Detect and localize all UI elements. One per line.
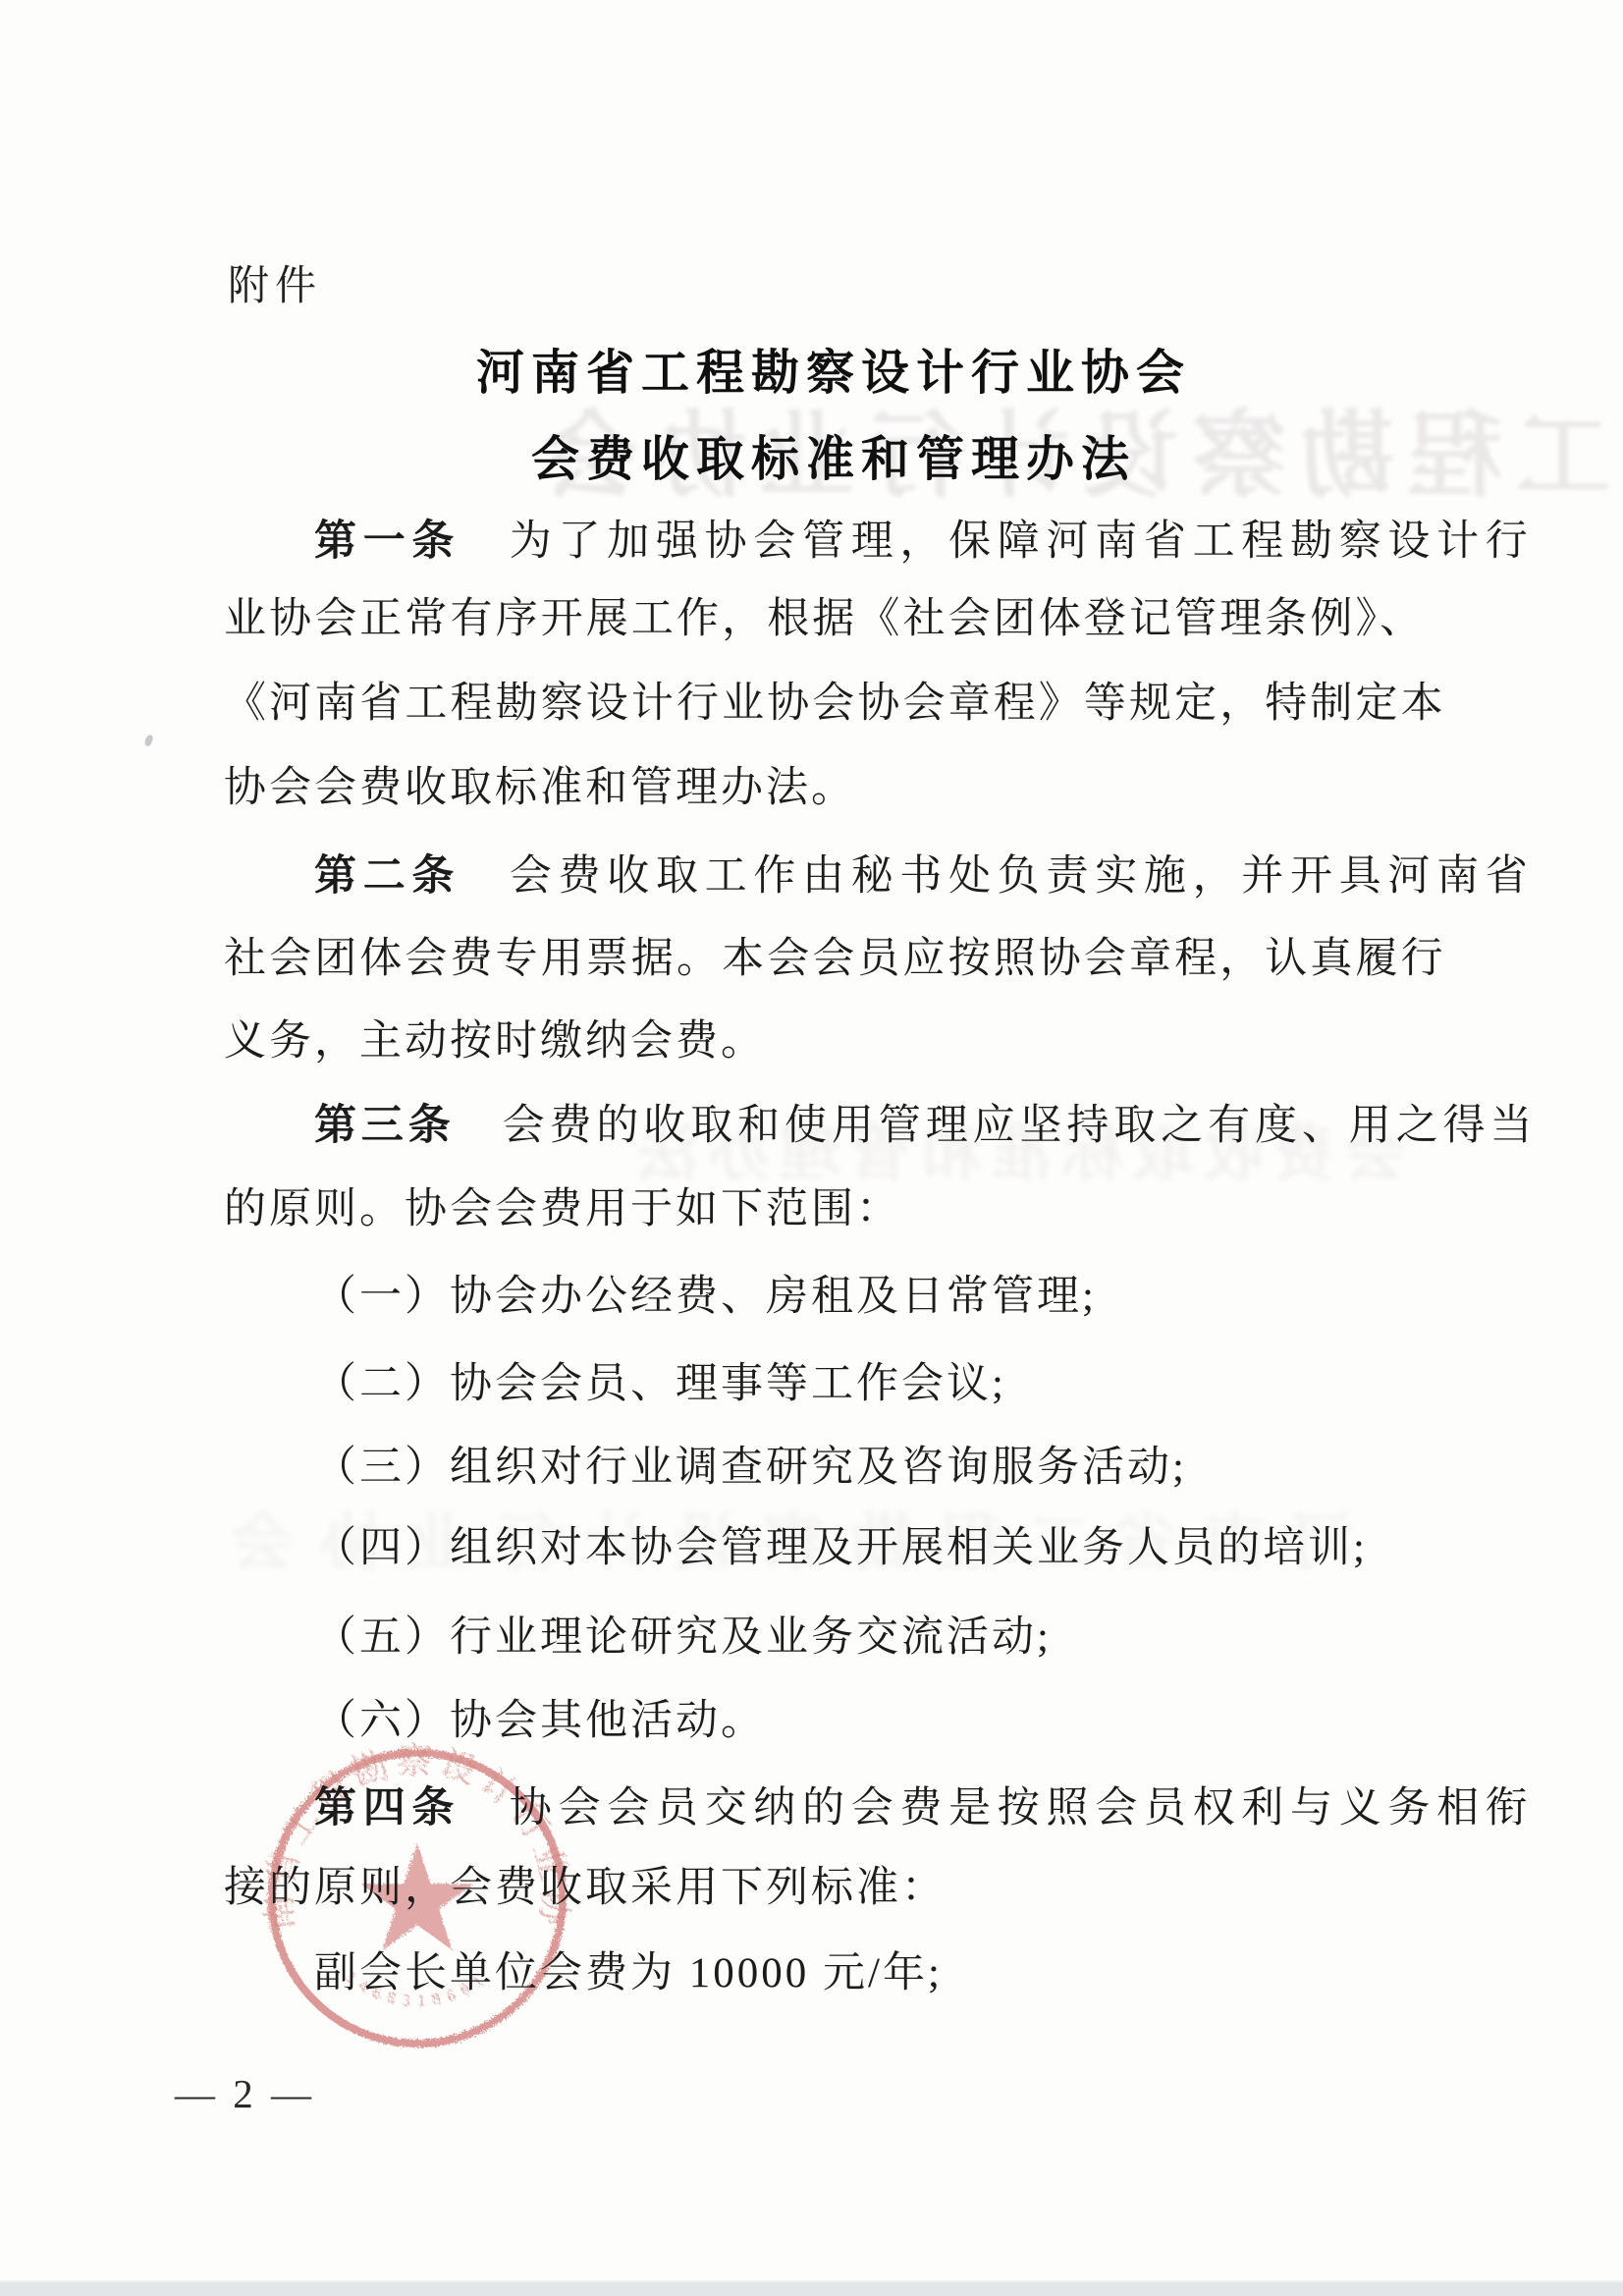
article-number-label: 第三条: [314, 1101, 456, 1150]
body-line-13: （四）组织对本协会管理及开展相关业务人员的培训;: [314, 1518, 1368, 1579]
body-line-text: （六）协会其他活动。: [314, 1698, 766, 1744]
body-line-5: 第二条 会费收取工作由秘书处负责实施，并开具河南省: [314, 846, 1535, 906]
body-line-text: 义务，主动按时缴纳会费。: [224, 1018, 766, 1065]
body-line-18: 副会长单位会费为 10000 元/年;: [314, 1943, 943, 2004]
body-line-text: 为了加强协会管理，保障河南省工程勘察设计行: [460, 519, 1534, 565]
body-line-7: 义务，主动按时缴纳会费。: [224, 1011, 766, 1072]
body-line-8: 第三条 会费的收取和使用管理应坚持取之有度、用之得当: [314, 1095, 1537, 1156]
scan-edge-artifact: [0, 2280, 1623, 2296]
body-line-17: 接的原则，会费收取采用下列标准：: [224, 1858, 947, 1919]
body-line-text: （二）协会会员、理事等工作会议;: [314, 1361, 1006, 1407]
scan-speck: [143, 734, 153, 747]
body-line-9: 的原则。协会会费用于如下范围：: [224, 1179, 901, 1240]
body-line-text: 《河南省工程勘察设计行业协会协会章程》等规定，特制定本: [224, 681, 1446, 727]
body-line-text: 会费收取工作由秘书处负责实施，并开具河南省: [460, 853, 1534, 900]
body-line-16: 第四条 协会会员交纳的会费是按照会员权利与义务相衔: [314, 1777, 1535, 1838]
article-number-label: 第一条: [314, 517, 460, 566]
document-title-line2: 会费收取标准和管理办法: [224, 421, 1443, 490]
body-line-3: 《河南省工程勘察设计行业协会协会章程》等规定，特制定本: [224, 674, 1446, 735]
body-line-10: （一）协会办公经费、房租及日常管理;: [314, 1267, 1097, 1328]
body-line-text: （五）行业理论研究及业务交流活动;: [314, 1614, 1052, 1661]
body-line-4: 协会会费收取标准和管理办法。: [224, 758, 856, 819]
scanned-document-page: 河南省工程勘察设计行业协会 会费收取标准和管理办法 河南省工程勘察设计行业协会 …: [0, 0, 1623, 2296]
body-line-text: （四）组织对本协会管理及开展相关业务人员的培训;: [314, 1525, 1368, 1571]
body-line-14: （五）行业理论研究及业务交流活动;: [314, 1608, 1052, 1668]
body-line-text: 社会团体会费专用票据。本会会员应按照协会章程，认真履行: [224, 936, 1446, 982]
article-number-label: 第四条: [314, 1783, 460, 1832]
body-line-text: 协会会员交纳的会费是按照会员权利与义务相衔: [460, 1785, 1534, 1831]
body-line-text: 业协会正常有序开展工作，根据《社会团体登记管理条例》、: [224, 596, 1425, 642]
body-line-12: （三）组织对行业调查研究及咨询服务活动;: [314, 1438, 1187, 1499]
body-line-6: 社会团体会费专用票据。本会会员应按照协会章程，认真履行: [224, 929, 1446, 990]
article-number-label: 第二条: [314, 851, 460, 901]
attachment-label: 附件: [228, 253, 322, 312]
body-line-text: 协会会费收取标准和管理办法。: [224, 765, 856, 811]
body-line-text: （三）组织对行业调查研究及咨询服务活动;: [314, 1445, 1187, 1491]
body-line-text: 会费的收取和使用管理应坚持取之有度、用之得当: [456, 1103, 1538, 1149]
page-number: — 2 —: [175, 2070, 315, 2117]
body-line-11: （二）协会会员、理事等工作会议;: [314, 1354, 1006, 1415]
body-line-text: 接的原则，会费收取采用下列标准：: [224, 1865, 947, 1911]
body-line-text: （一）协会办公经费、房租及日常管理;: [314, 1274, 1097, 1320]
body-line-text: 副会长单位会费为 10000 元/年;: [314, 1950, 943, 1996]
body-line-1: 第一条 为了加强协会管理，保障河南省工程勘察设计行: [314, 511, 1535, 572]
body-line-2: 业协会正常有序开展工作，根据《社会团体登记管理条例》、: [224, 589, 1425, 650]
body-line-text: 的原则。协会会费用于如下范围：: [224, 1186, 901, 1232]
document-title-line1: 河南省工程勘察设计行业协会: [224, 335, 1443, 404]
body-line-15: （六）协会其他活动。: [314, 1691, 766, 1752]
